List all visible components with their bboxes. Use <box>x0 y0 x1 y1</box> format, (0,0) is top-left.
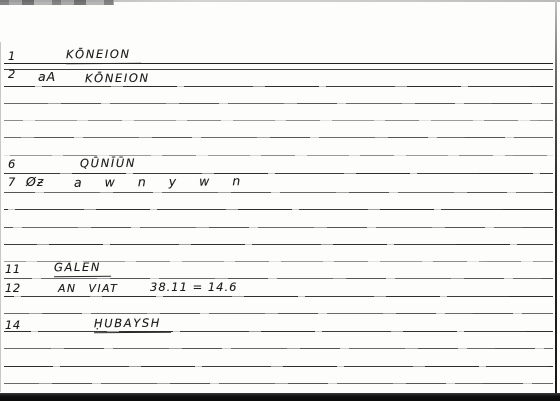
siglum: aA <box>38 69 56 84</box>
ruled-line <box>4 227 553 228</box>
headword-text: GALEN <box>54 260 111 277</box>
headword: KŌNEION <box>66 47 141 62</box>
entry-text: KŌNEION <box>85 71 150 85</box>
reference-numbers: 38.11 = 14.6 <box>150 280 237 294</box>
line-number: 7 <box>8 175 16 189</box>
ruled-line <box>4 244 553 245</box>
ruled-line <box>4 192 553 193</box>
ruled-line <box>4 331 553 332</box>
line-number: 12 <box>5 281 21 295</box>
headword: ḤUBAYSH <box>94 316 171 331</box>
line-number: 1 <box>8 49 16 63</box>
line-number: 11 <box>5 262 21 276</box>
scan-right-edge <box>555 0 557 401</box>
headword: GALEN <box>54 260 111 274</box>
ruled-line <box>4 313 553 314</box>
ruled-line <box>4 348 553 349</box>
ruled-line <box>4 209 553 210</box>
ruled-line <box>4 120 553 121</box>
scan-bottom-edge <box>0 393 560 401</box>
ruled-line <box>4 86 553 87</box>
index-card-scan: 1 KŌNEION 2 aA KŌNEION 6 QŪNĪŪN 7 Øƶ a w… <box>0 0 560 401</box>
headword-text: ḤUBAYSH <box>94 316 171 334</box>
headword: QŪNĪŪN <box>80 156 136 170</box>
line-number: 2 <box>8 67 16 81</box>
line-number: 6 <box>8 157 16 171</box>
work-abbreviation: AN VIAT <box>58 282 118 295</box>
ruled-line <box>4 296 553 297</box>
ruled-line <box>4 137 553 138</box>
scan-left-edge <box>0 42 1 392</box>
headword-text: KŌNEION <box>66 47 141 65</box>
ruled-line <box>4 366 553 367</box>
siglum: Øƶ <box>26 174 44 189</box>
scan-top-smudge <box>0 0 114 5</box>
line-number: 14 <box>5 318 21 332</box>
transliteration: a w n y w n <box>74 173 241 190</box>
ruled-line <box>4 383 553 384</box>
ruled-line <box>4 278 553 279</box>
ruled-line <box>4 103 553 104</box>
